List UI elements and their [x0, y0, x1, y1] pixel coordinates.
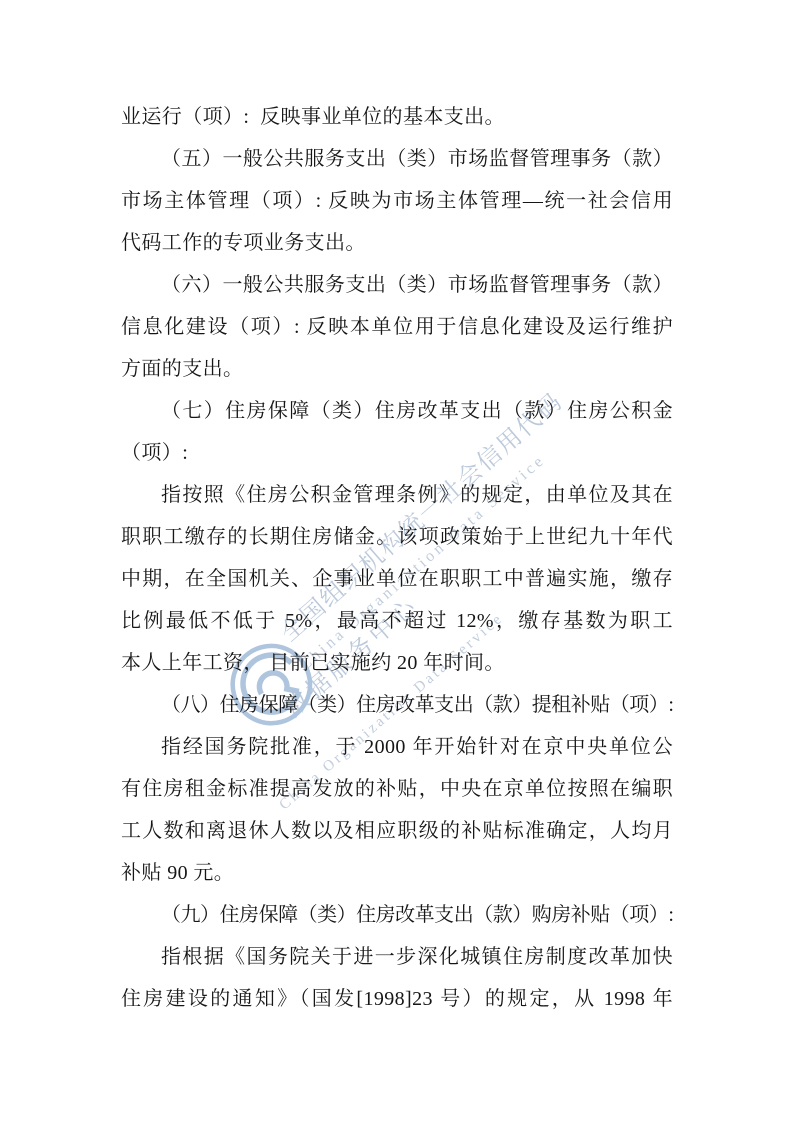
text-line: 工人数和离退休人数以及相应职级的补贴标准确定，人均月: [121, 810, 673, 852]
text-line: 指根据《国务院关于进一步深化城镇住房制度改革加快: [121, 936, 673, 978]
text-line: 市场主体管理（项）: 反映为市场主体管理—统一社会信用: [121, 180, 673, 222]
text-line: （六）一般公共服务支出（类）市场监督管理事务（款）: [121, 264, 673, 306]
text-line: （五）一般公共服务支出（类）市场监督管理事务（款）: [121, 138, 673, 180]
text-line: 方面的支出。: [121, 348, 673, 390]
text-line: 住房建设的通知》（国发[1998]23 号）的规定，从 1998 年: [121, 978, 673, 1020]
text-line: 指经国务院批准，于 2000 年开始针对在京中央单位公: [121, 726, 673, 768]
text-line: （七）住房保障（类）住房改革支出（款）住房公积金: [121, 390, 673, 432]
document-page: 全国组织机构统一社会信用代码 China Organization Data S…: [0, 0, 794, 1123]
text-line: 比例最低不低于 5%，最高不超过 12%，缴存基数为职工: [121, 600, 673, 642]
text-line: 代码工作的专项业务支出。: [121, 222, 673, 264]
text-line: 职职工缴存的长期住房储金。该项政策始于上世纪九十年代: [121, 516, 673, 558]
text-line: 中期，在全国机关、企事业单位在职职工中普遍实施，缴存: [121, 558, 673, 600]
text-line: 指按照《住房公积金管理条例》的规定，由单位及其在: [121, 474, 673, 516]
document-body: 业运行（项）: 反映事业单位的基本支出。 （五）一般公共服务支出（类）市场监督管…: [121, 96, 673, 1020]
text-line: 本人上年工资， 目前已实施约 20 年时间。: [121, 642, 673, 684]
text-line: （八）住房保障（类）住房改革支出（款）提租补贴（项）:: [121, 684, 673, 726]
text-line: 业运行（项）: 反映事业单位的基本支出。: [121, 96, 673, 138]
text-line: （项）:: [121, 432, 673, 474]
text-line: 信息化建设（项）: 反映本单位用于信息化建设及运行维护: [121, 306, 673, 348]
text-line: 补贴 90 元。: [121, 852, 673, 894]
text-line: （九）住房保障（类）住房改革支出（款）购房补贴（项）:: [121, 894, 673, 936]
text-line: 有住房租金标准提高发放的补贴，中央在京单位按照在编职: [121, 768, 673, 810]
